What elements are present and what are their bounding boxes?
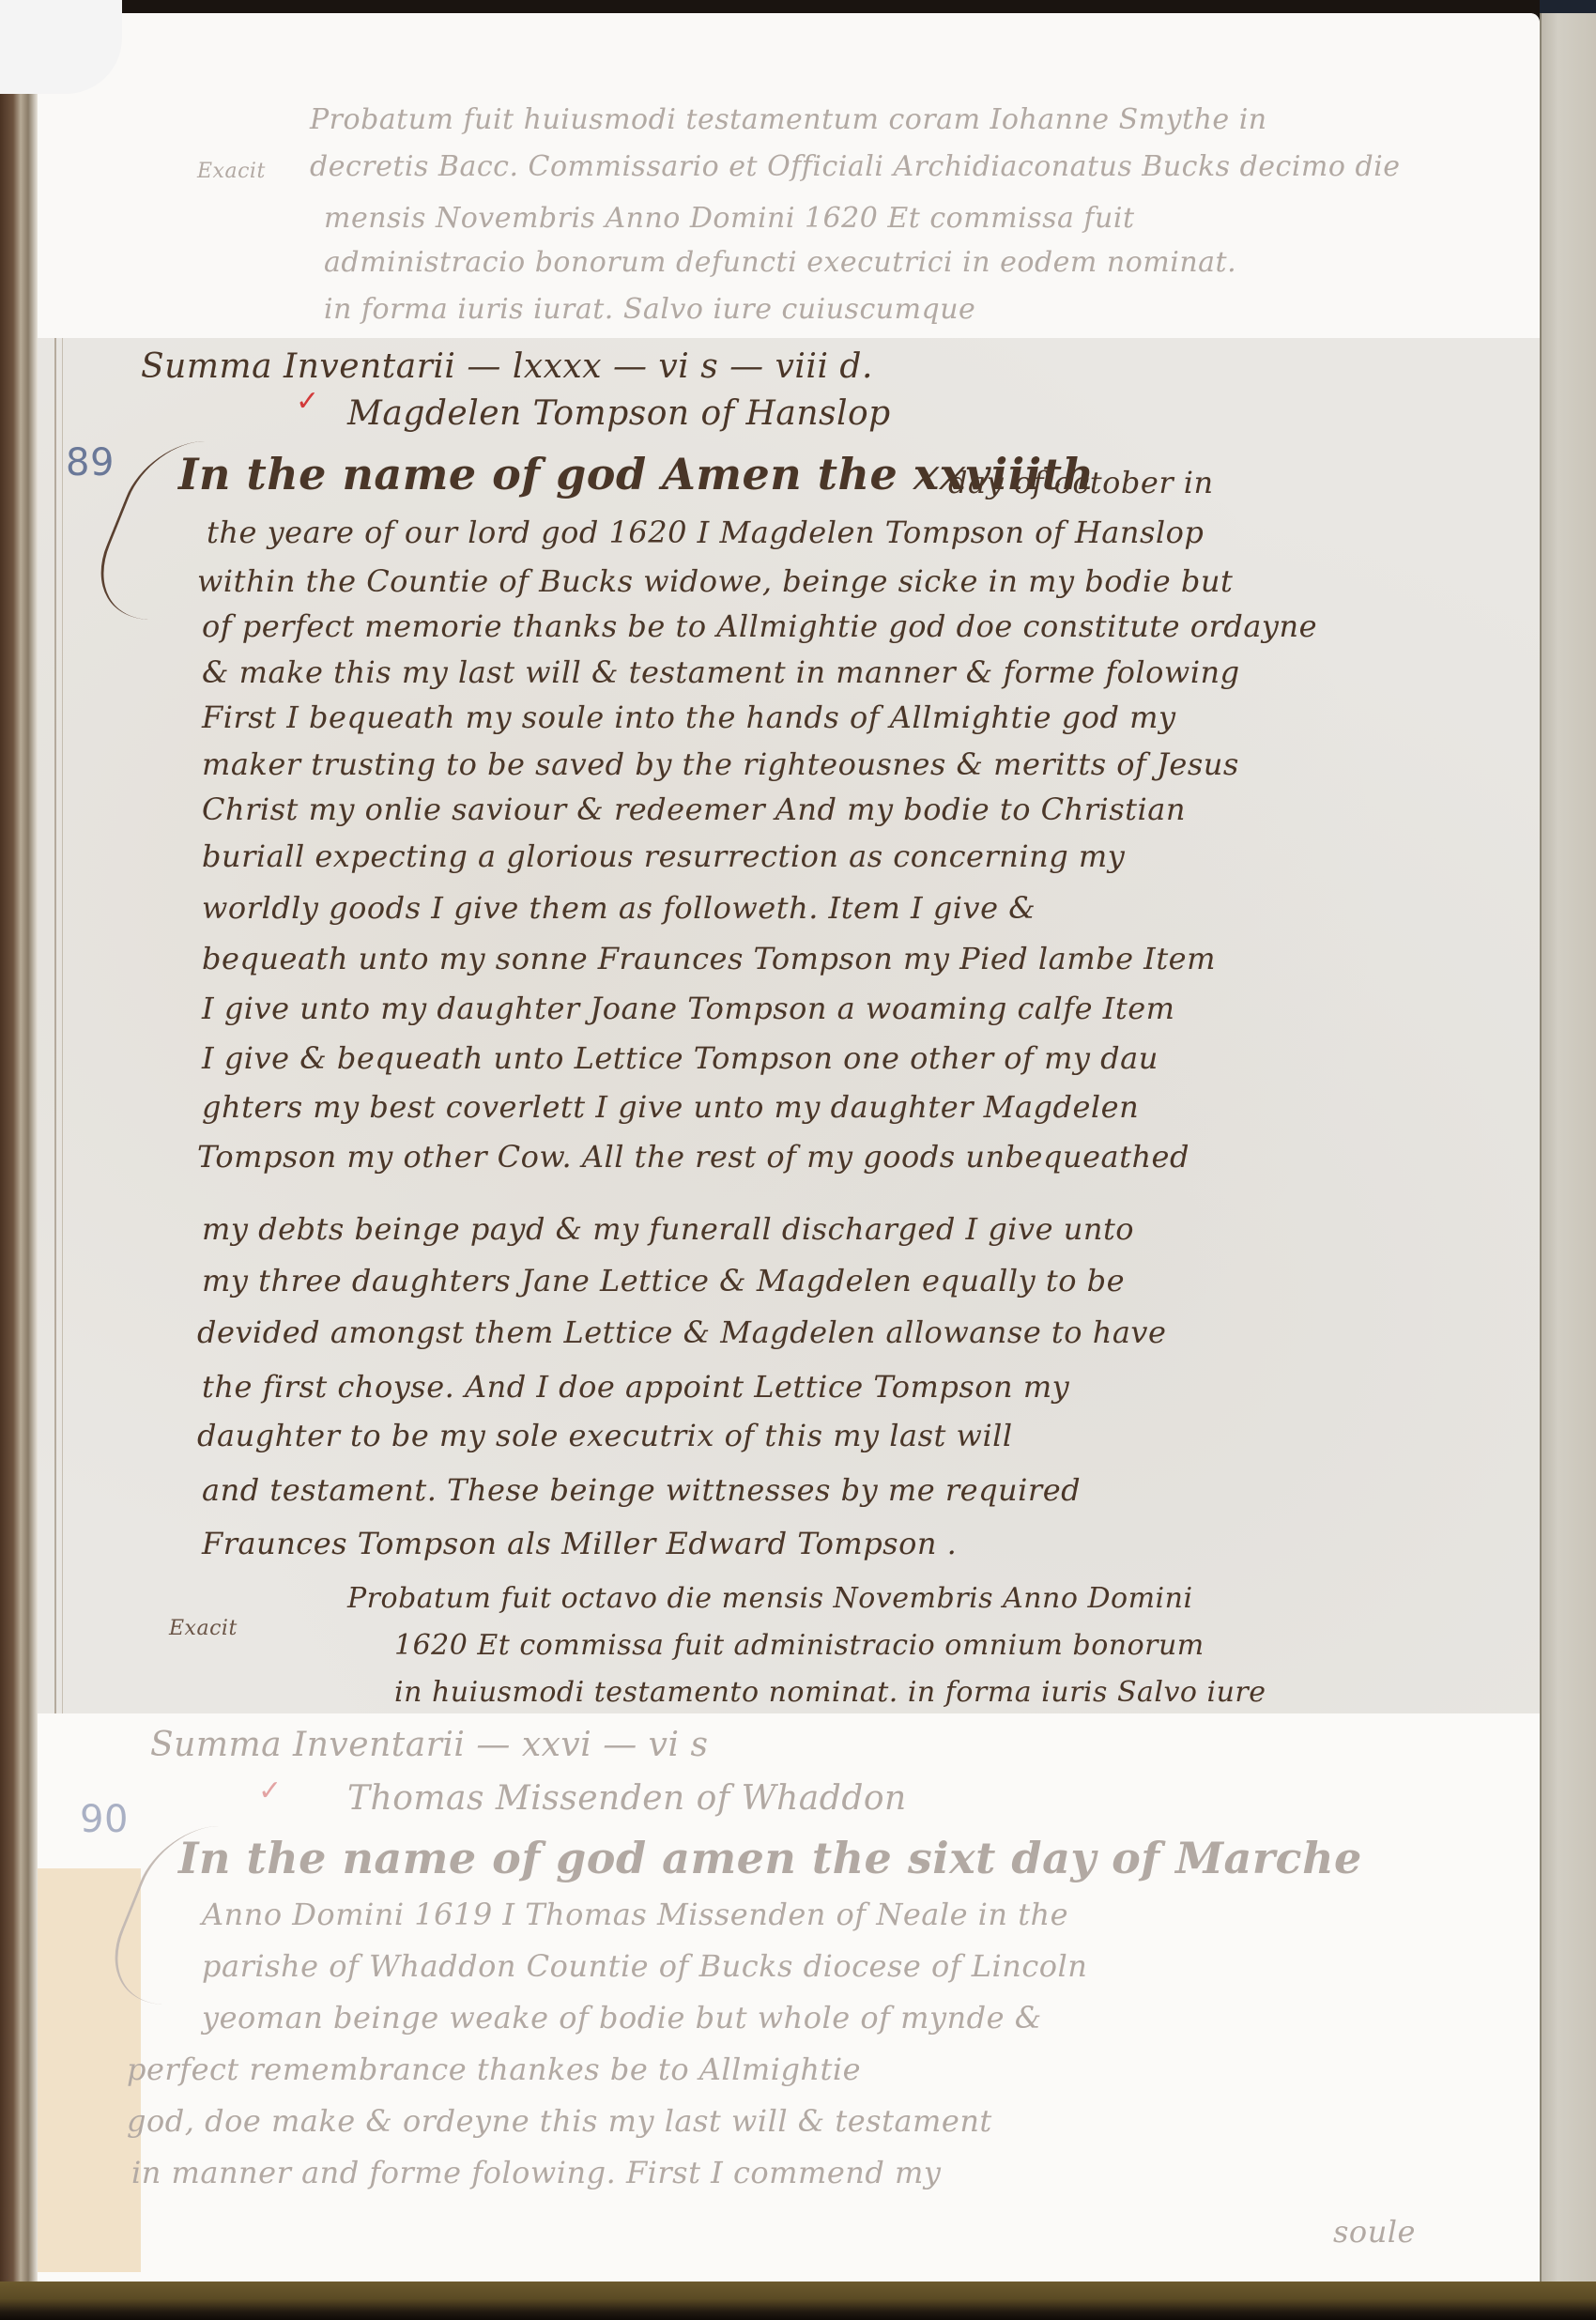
folio-number-90: 90 bbox=[80, 1798, 129, 1841]
will-line: I give & bequeath unto Lettice Tompson o… bbox=[202, 1040, 1159, 1076]
will-line: buriall expecting a glorious resurrectio… bbox=[202, 838, 1125, 874]
probate-line: decretis Bacc. Commissario et Officiali … bbox=[310, 150, 1401, 183]
will-line: & make this my last will & testament in … bbox=[202, 654, 1240, 690]
folio-number-89: 89 bbox=[66, 441, 115, 484]
will-line: of perfect memorie thanks be to Allmight… bbox=[202, 608, 1317, 644]
will-line: within the Countie of Bucks widowe, bein… bbox=[197, 563, 1233, 599]
inventory-total-89: Summa Inventarii — lxxxx — vi s — viii d… bbox=[141, 347, 873, 386]
entry-title-thomas-missenden: Thomas Missenden of Whaddon bbox=[347, 1779, 907, 1818]
will-line: soule bbox=[1333, 2214, 1416, 2250]
probate-line: Probatum fuit huiusmodi testamentum cora… bbox=[310, 103, 1267, 136]
will-line: daughter to be my sole executrix of this… bbox=[197, 1418, 1013, 1453]
probate-line: Probatum fuit octavo die mensis Novembri… bbox=[347, 1582, 1193, 1615]
will-line: devided amongst them Lettice & Magdelen … bbox=[197, 1314, 1166, 1350]
will-opening: In the name of god amen the sixt day of … bbox=[178, 1833, 1362, 1883]
margin-note-exacit: Exacit bbox=[169, 1617, 238, 1640]
probate-line: administracio bonorum defuncti executric… bbox=[324, 246, 1236, 279]
will-line: my three daughters Jane Lettice & Magdel… bbox=[202, 1263, 1125, 1298]
will-line: Anno Domini 1619 I Thomas Missenden of N… bbox=[202, 1897, 1068, 1932]
margin-rule-line bbox=[54, 338, 56, 1713]
will-line: Fraunces Tompson als Miller Edward Tomps… bbox=[202, 1526, 957, 1561]
will-line: my debts beinge payd & my funerall disch… bbox=[202, 1211, 1134, 1247]
will-line: parishe of Whaddon Countie of Bucks dioc… bbox=[202, 1948, 1087, 1984]
will-line: the first choyse. And I doe appoint Lett… bbox=[202, 1369, 1069, 1405]
manuscript-page-scan: Exacit Probatum fuit huiusmodi testament… bbox=[0, 0, 1596, 2320]
inventory-total-90: Summa Inventarii — xxvi — vi s bbox=[150, 1726, 708, 1764]
will-line: Tompson my other Cow. All the rest of my… bbox=[197, 1139, 1189, 1175]
will-line: Christ my onlie saviour & redeemer And m… bbox=[202, 791, 1186, 827]
background-dark-corner bbox=[1540, 0, 1596, 13]
book-binding-left bbox=[0, 0, 38, 2291]
entry-title-magdelen-tompson: Magdelen Tompson of Hanslop bbox=[347, 394, 891, 433]
will-line: god, doe make & ordeyne this my last wil… bbox=[127, 2103, 992, 2139]
red-check-mark: ✓ bbox=[258, 1775, 283, 1807]
book-edge-bottom bbox=[0, 2282, 1596, 2320]
will-line: the yeare of our lord god 1620 I Magdele… bbox=[207, 515, 1204, 550]
will-line: maker trusting to be saved by the righte… bbox=[202, 746, 1239, 782]
adjacent-page-edge bbox=[1540, 9, 1596, 2282]
will-line: ghters my best coverlett I give unto my … bbox=[202, 1089, 1139, 1125]
will-line: bequeath unto my sonne Fraunces Tompson … bbox=[202, 941, 1216, 976]
will-line: yeoman beinge weake of bodie but whole o… bbox=[202, 2000, 1042, 2036]
margin-note-exacit: Exacit bbox=[197, 160, 266, 183]
will-line: in manner and forme folowing. First I co… bbox=[131, 2155, 941, 2190]
probate-line: 1620 Et commissa fuit administracio omni… bbox=[394, 1629, 1205, 1662]
margin-rule-line-inner bbox=[62, 338, 63, 1713]
will-line: I give unto my daughter Joane Tompson a … bbox=[202, 991, 1174, 1026]
probate-line: in huiusmodi testamento nominat. in form… bbox=[394, 1676, 1266, 1709]
will-line: First I bequeath my soule into the hands… bbox=[202, 699, 1176, 735]
probate-line: mensis Novembris Anno Domini 1620 Et com… bbox=[324, 202, 1135, 235]
probate-line: in forma iuris iurat. Salvo iure cuiuscu… bbox=[324, 293, 975, 326]
will-line: day of october in bbox=[948, 465, 1214, 500]
will-line: perfect remembrance thankes be to Allmig… bbox=[127, 2051, 861, 2087]
will-line: worldly goods I give them as followeth. … bbox=[202, 890, 1036, 926]
red-check-mark: ✓ bbox=[296, 385, 320, 418]
will-line: and testament. These beinge wittnesses b… bbox=[202, 1472, 1081, 1508]
